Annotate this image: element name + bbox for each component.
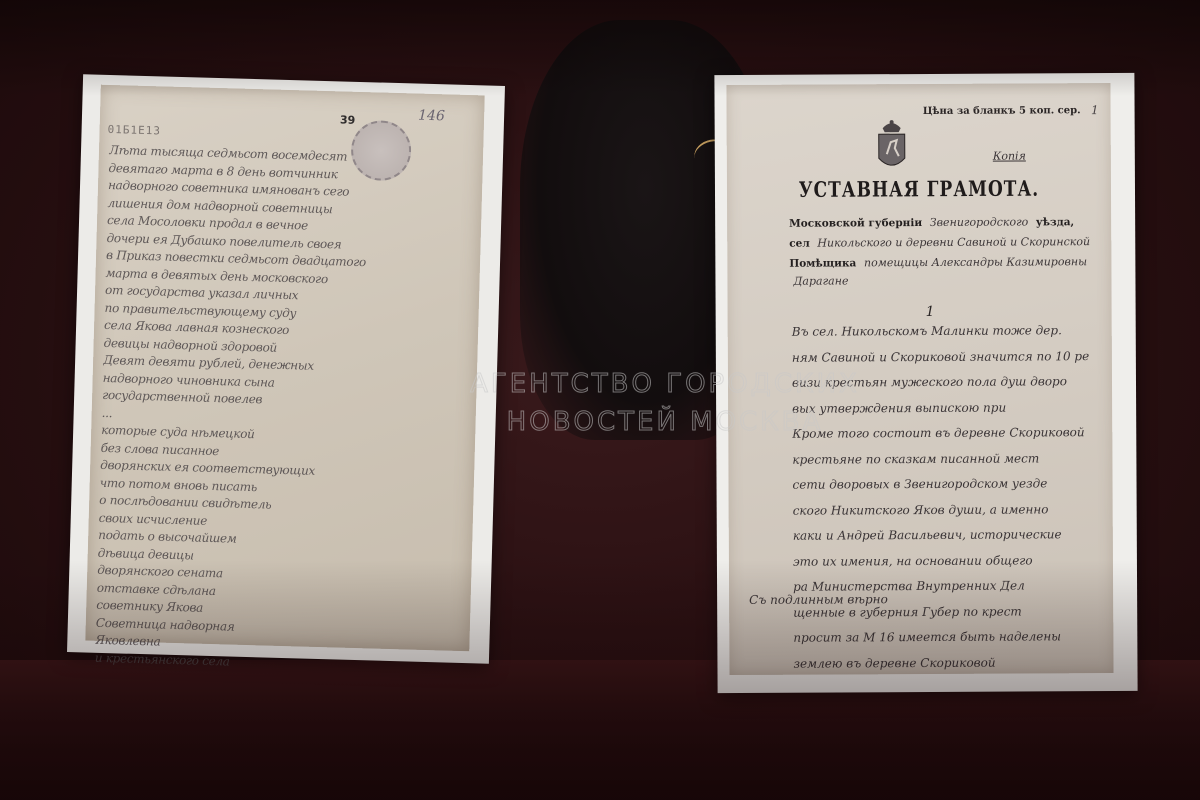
left-manuscript: 01Б1Е13 39 146 Лѣта тысяща седмьсот восе… <box>85 85 484 652</box>
text-line: просит за М 16 имеется быть наделены <box>793 629 1113 656</box>
moscow-coat-of-arms-icon <box>875 118 909 174</box>
text-line: землею въ деревне Скориковой <box>793 655 1113 682</box>
archive-number: 01Б1Е13 <box>107 123 161 137</box>
folio-number: 146 <box>418 108 445 125</box>
field-value: Никольского и деревни Савиной и Скоринск… <box>817 235 1090 249</box>
watermark-line-1: АГЕНТСТВО ГОРОДСКИХ <box>455 365 875 403</box>
left-document-mount: 01Б1Е13 39 146 Лѣта тысяща седмьсот восе… <box>67 74 505 664</box>
field-label: Московской губерніи <box>789 217 922 230</box>
page-number: 39 <box>340 113 356 126</box>
form-field-landowner: Помѣщика помещицы Александры Казимировны <box>789 255 1091 270</box>
signature: Съ подлинным вѣрно <box>749 592 888 607</box>
text-line: щенные в губерния Губер по крест <box>793 604 1113 631</box>
field-value: Дарагане <box>793 274 848 287</box>
form-field-village: сел Никольского и деревни Савиной и Скор… <box>789 235 1094 250</box>
price-note: Цѣна за бланкъ 5 коп. сер. <box>923 105 1081 117</box>
copy-mark: Копія <box>993 149 1026 162</box>
form-field-continuation: Дарагане <box>789 274 852 287</box>
text-line: ского Никитского Яков души, а именно <box>793 502 1113 529</box>
text-line: Въ сел. Никольскомъ Малинки тоже дер. <box>792 323 1112 350</box>
field-value: помещицы Александры Казимировны <box>864 255 1087 269</box>
text-line: крестьяне по сказкам писанной мест <box>792 451 1112 478</box>
field-suffix: уѣзда, <box>1036 216 1074 228</box>
text-line: это их имения, на основании общего <box>793 553 1113 580</box>
text-line: сети дворовых в Звенигородском уезде <box>792 476 1112 503</box>
handwritten-text: Лѣта тысяща седмьсот восемдесят девятаго… <box>95 143 470 678</box>
agency-watermark: АГЕНТСТВО ГОРОДСКИХ НОВОСТЕЙ МОСКВА <box>455 365 875 441</box>
folio-number: 1 <box>1091 103 1099 117</box>
watermark-line-2: НОВОСТЕЙ МОСКВА <box>455 403 875 441</box>
section-number: 1 <box>926 304 935 320</box>
field-label: Помѣщика <box>789 257 856 269</box>
text-line: каки и Андрей Васильевич, исторические <box>793 527 1113 554</box>
form-field-province: Московской губерніи Звенигородского уѣзд… <box>789 215 1074 229</box>
document-title: УСТАВНАЯ ГРАМОТА. <box>727 177 1111 204</box>
field-value: Звенигородского <box>930 215 1029 229</box>
field-label: сел <box>789 238 810 250</box>
